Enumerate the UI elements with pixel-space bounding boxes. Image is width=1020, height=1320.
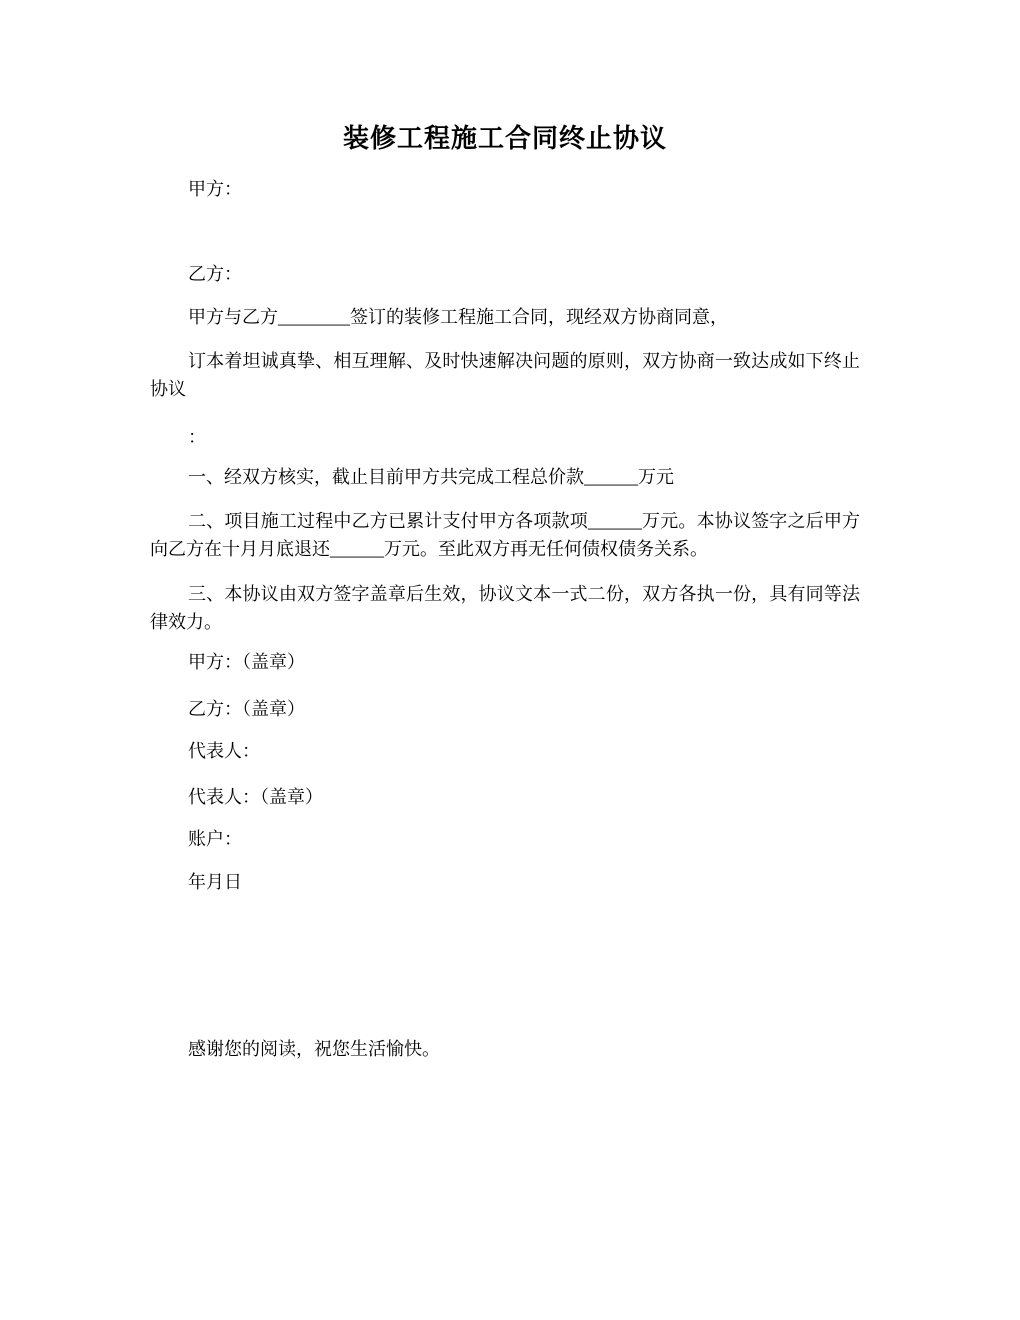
clause-three-line-2: 律效力。: [150, 608, 860, 636]
principle-line-1: 订本着坦诚真挚、相互理解、及时快速解决问题的原则，双方协商一致达成如下终止: [150, 347, 860, 375]
party-b-line: 乙方：: [150, 260, 860, 288]
footer-note: 感谢您的阅读，祝您生活愉快。: [150, 1035, 860, 1063]
date-text: 年月日: [150, 868, 860, 896]
rep-a-text: 代表人：: [150, 737, 860, 765]
party-b-label: 乙方：: [150, 260, 860, 288]
party-a-label: 甲方：: [150, 175, 860, 203]
document-title: 装修工程施工合同终止协议: [150, 120, 860, 158]
colon-line: ：: [150, 423, 860, 451]
clause-two: 二、项目施工过程中乙方已累计支付甲方各项款项______万元。本协议签字之后甲方…: [150, 507, 860, 563]
clause-three-line-1: 三、本协议由双方签字盖章后生效，协议文本一式二份，双方各执一份，具有同等法: [150, 580, 860, 608]
clause-two-line-1: 二、项目施工过程中乙方已累计支付甲方各项款项______万元。本协议签字之后甲方: [150, 507, 860, 535]
party-a-line: 甲方：: [150, 175, 860, 203]
principle-line-2: 协议: [150, 375, 860, 403]
account-text: 账户：: [150, 825, 860, 853]
date-line: 年月日: [150, 868, 860, 896]
rep-b-seal-text: 代表人：（盖章）: [150, 783, 860, 811]
clause-two-line-2: 向乙方在十月月底退还______万元。至此双方再无任何债权债务关系。: [150, 535, 860, 563]
intro-paragraph: 甲方与乙方________签订的装修工程施工合同，现经双方协商同意，: [150, 303, 860, 331]
intro-text: 甲方与乙方________签订的装修工程施工合同，现经双方协商同意，: [150, 303, 860, 331]
colon-text: ：: [150, 423, 860, 451]
principle-paragraph: 订本着坦诚真挚、相互理解、及时快速解决问题的原则，双方协商一致达成如下终止 协议: [150, 347, 860, 403]
rep-b-seal-line: 代表人：（盖章）: [150, 783, 860, 811]
party-b-seal-line: 乙方：（盖章）: [150, 695, 860, 723]
clause-three: 三、本协议由双方签字盖章后生效，协议文本一式二份，双方各执一份，具有同等法 律效…: [150, 580, 860, 636]
document-page: 装修工程施工合同终止协议 甲方： 乙方： 甲方与乙方________签订的装修工…: [0, 0, 1020, 1320]
rep-a-line: 代表人：: [150, 737, 860, 765]
party-a-seal-text: 甲方：（盖章）: [150, 648, 860, 676]
account-line: 账户：: [150, 825, 860, 853]
clause-one-text: 一、经双方核实，截止目前甲方共完成工程总价款______万元: [150, 463, 860, 491]
party-b-seal-text: 乙方：（盖章）: [150, 695, 860, 723]
clause-one: 一、经双方核实，截止目前甲方共完成工程总价款______万元: [150, 463, 860, 491]
party-a-seal-line: 甲方：（盖章）: [150, 648, 860, 676]
footer-note-text: 感谢您的阅读，祝您生活愉快。: [150, 1035, 860, 1063]
